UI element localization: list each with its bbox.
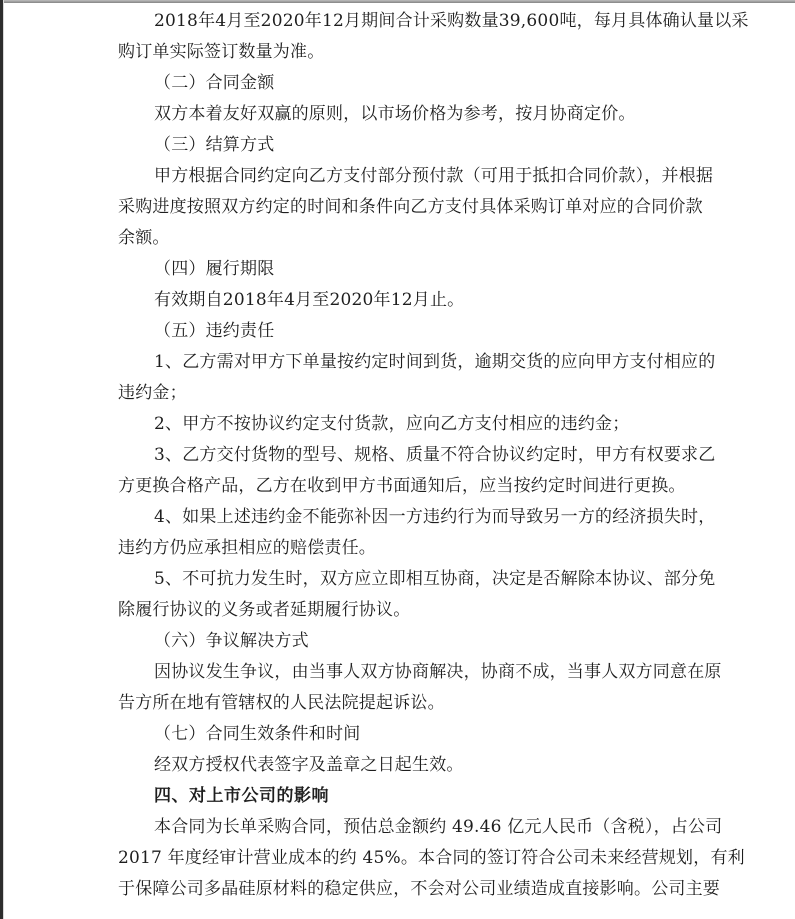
text-line: 5、不可抗力发生时，双方应立即相互协商，决定是否解除本协议、部分免 (118, 564, 696, 595)
paragraph: （二）合同金额 (118, 68, 696, 99)
text-line: （三）结算方式 (118, 130, 696, 161)
text-line: 2、甲方不按协议约定支付货款，应向乙方支付相应的违约金； (118, 409, 696, 440)
text-line: （四）履行期限 (118, 254, 696, 285)
paragraph: 本合同为长单采购合同，预估总金额约 49.46 亿元人民币（含税），占公司201… (118, 812, 696, 905)
page-left-edge (0, 0, 4, 919)
text-line: 四、对上市公司的影响 (118, 781, 696, 812)
paragraph: 1、乙方需对甲方下单量按约定时间到货，逾期交货的应向甲方支付相应的违约金； (118, 347, 696, 409)
document-page: 2018年4月至2020年12月期间合计采购数量39,600吨，每月具体确认量以… (0, 0, 795, 919)
paragraph: 双方本着友好双赢的原则，以市场价格为参考，按月协商定价。 (118, 99, 696, 130)
text-line: 方更换合格产品，乙方在收到甲方书面通知后，应当按约定时间进行更换。 (118, 471, 696, 502)
paragraph: 经双方授权代表签字及盖章之日起生效。 (118, 750, 696, 781)
text-line: 于保障公司多晶硅原材料的稳定供应，不会对公司业绩造成直接影响。公司主要 (118, 874, 696, 905)
paragraph: 因协议发生争议，由当事人双方协商解决，协商不成，当事人双方同意在原告方所在地有管… (118, 657, 696, 719)
text-line: 余额。 (118, 223, 696, 254)
section-heading: 四、对上市公司的影响 (118, 781, 696, 812)
text-line: 因协议发生争议，由当事人双方协商解决，协商不成，当事人双方同意在原 (118, 657, 696, 688)
text-line: 3、乙方交付货物的型号、规格、质量不符合协议约定时，甲方有权要求乙 (118, 440, 696, 471)
paragraph: （六）争议解决方式 (118, 626, 696, 657)
text-line: 4、如果上述违约金不能弥补因一方违约行为而导致另一方的经济损失时， (118, 502, 696, 533)
paragraph: 2018年4月至2020年12月期间合计采购数量39,600吨，每月具体确认量以… (118, 6, 696, 68)
text-line: 甲方根据合同约定向乙方支付部分预付款（可用于抵扣合同价款），并根据 (118, 161, 696, 192)
page-top-edge (0, 0, 795, 3)
text-line: 1、乙方需对甲方下单量按约定时间到货，逾期交货的应向甲方支付相应的 (118, 347, 696, 378)
text-line: 经双方授权代表签字及盖章之日起生效。 (118, 750, 696, 781)
text-line: 本合同为长单采购合同，预估总金额约 49.46 亿元人民币（含税），占公司 (118, 812, 696, 843)
paragraph: 甲方根据合同约定向乙方支付部分预付款（可用于抵扣合同价款），并根据采购进度按照双… (118, 161, 696, 254)
paragraph: 3、乙方交付货物的型号、规格、质量不符合协议约定时，甲方有权要求乙方更换合格产品… (118, 440, 696, 502)
text-line: （六）争议解决方式 (118, 626, 696, 657)
text-line: （二）合同金额 (118, 68, 696, 99)
paragraph: （五）违约责任 (118, 316, 696, 347)
text-line: 违约金； (118, 378, 696, 409)
text-line: 2017 年度经审计营业成本的约 45%。本合同的签订符合公司未来经营规划，有利 (118, 843, 696, 874)
text-line: （五）违约责任 (118, 316, 696, 347)
paragraph: （四）履行期限 (118, 254, 696, 285)
text-line: 2018年4月至2020年12月期间合计采购数量39,600吨，每月具体确认量以… (118, 6, 696, 37)
paragraph: 有效期自2018年4月至2020年12月止。 (118, 285, 696, 316)
text-line: 购订单实际签订数量为准。 (118, 37, 696, 68)
paragraph: 4、如果上述违约金不能弥补因一方违约行为而导致另一方的经济损失时，违约方仍应承担… (118, 502, 696, 564)
paragraph: 2、甲方不按协议约定支付货款，应向乙方支付相应的违约金； (118, 409, 696, 440)
paragraph: （七）合同生效条件和时间 (118, 719, 696, 750)
text-line: 除履行协议的义务或者延期履行协议。 (118, 595, 696, 626)
text-line: （七）合同生效条件和时间 (118, 719, 696, 750)
paragraph: 5、不可抗力发生时，双方应立即相互协商，决定是否解除本协议、部分免除履行协议的义… (118, 564, 696, 626)
text-line: 告方所在地有管辖权的人民法院提起诉讼。 (118, 688, 696, 719)
text-line: 有效期自2018年4月至2020年12月止。 (118, 285, 696, 316)
text-line: 采购进度按照双方约定的时间和条件向乙方支付具体采购订单对应的合同价款 (118, 192, 696, 223)
text-line: 违约方仍应承担相应的赔偿责任。 (118, 533, 696, 564)
text-line: 双方本着友好双赢的原则，以市场价格为参考，按月协商定价。 (118, 99, 696, 130)
paragraph: （三）结算方式 (118, 130, 696, 161)
document-body: 2018年4月至2020年12月期间合计采购数量39,600吨，每月具体确认量以… (118, 6, 696, 905)
